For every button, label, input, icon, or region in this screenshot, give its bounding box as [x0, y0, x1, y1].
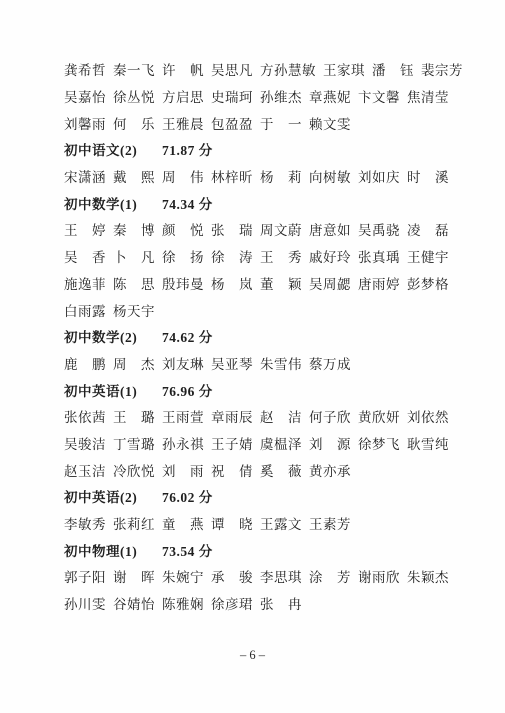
- person-name: 吴周勰: [309, 273, 351, 293]
- section-title: 初中数学(1): [64, 193, 162, 213]
- person-name: 谭 晓: [211, 513, 253, 533]
- person-name: 赖文雯: [309, 113, 351, 133]
- section-title: 初中英语(1): [64, 380, 162, 400]
- person-name: 刘依然: [407, 406, 449, 426]
- person-name: 吴骏洁: [64, 433, 106, 453]
- person-name: 何子欣: [309, 406, 351, 426]
- person-name: 王 婷: [64, 219, 106, 239]
- name-row: 白雨露杨天宇: [64, 296, 447, 323]
- name-row: 龚希哲秦一飞许 帆吴思凡方孙慧敏王家琪潘 钰裴宗芳: [64, 56, 447, 83]
- section-title: 初中数学(2): [64, 326, 162, 346]
- person-name: 章雨辰: [211, 406, 253, 426]
- person-name: 冷欣悦: [113, 460, 155, 480]
- person-name: 张莉红: [113, 513, 155, 533]
- person-name: 谢 晖: [113, 566, 155, 586]
- person-name: 刘馨雨: [64, 113, 106, 133]
- person-name: 颜 悦: [162, 219, 204, 239]
- section-header: 初中英语(1)76.96 分: [64, 376, 447, 403]
- person-name: 周 伟: [162, 166, 204, 186]
- person-name: 刘 雨: [162, 460, 204, 480]
- person-name: 张 冉: [260, 593, 302, 613]
- person-name: 方孙慧敏: [260, 59, 316, 79]
- name-row: 吴嘉怡徐丛悦方启思史瑞珂孙维杰章燕妮卞文馨焦清莹: [64, 83, 447, 110]
- person-name: 赵 洁: [260, 406, 302, 426]
- person-name: 孙川雯: [64, 593, 106, 613]
- person-name: 徐 涛: [211, 246, 253, 266]
- person-name: 鹿 鹏: [64, 353, 106, 373]
- section-average-score: 76.96 分: [162, 380, 213, 400]
- person-name: 陈 思: [113, 273, 155, 293]
- person-name: 涂 芳: [309, 566, 351, 586]
- person-name: 黄欣妍: [358, 406, 400, 426]
- person-name: 徐丛悦: [113, 86, 155, 106]
- person-name: 何 乐: [113, 113, 155, 133]
- person-name: 吴禹骁: [358, 219, 400, 239]
- person-name: 于 一: [260, 113, 302, 133]
- name-row: 李敏秀张莉红童 燕谭 晓王露文王素芳: [64, 510, 447, 537]
- person-name: 李敏秀: [64, 513, 106, 533]
- person-name: 卜 凡: [113, 246, 155, 266]
- person-name: 谢雨欣: [358, 566, 400, 586]
- person-name: 孙永祺: [162, 433, 204, 453]
- section-header: 初中数学(2)74.62 分: [64, 323, 447, 350]
- person-name: 王 璐: [113, 406, 155, 426]
- name-row: 张依茜王 璐王雨萱章雨辰赵 洁何子欣黄欣妍刘依然: [64, 403, 447, 430]
- person-name: 郭子阳: [64, 566, 106, 586]
- person-name: 龚希哲: [64, 59, 106, 79]
- person-name: 周 杰: [113, 353, 155, 373]
- person-name: 许 帆: [162, 59, 204, 79]
- person-name: 殷玮曼: [162, 273, 204, 293]
- person-name: 朱婉宁: [162, 566, 204, 586]
- section-average-score: 74.34 分: [162, 193, 213, 213]
- person-name: 刘友琳: [162, 353, 204, 373]
- section-header: 初中语文(2)71.87 分: [64, 136, 447, 163]
- page-number: – 6 –: [0, 648, 505, 663]
- person-name: 陈雅娴: [162, 593, 204, 613]
- person-name: 王雨萱: [162, 406, 204, 426]
- person-name: 吴 香: [64, 246, 106, 266]
- person-name: 杨 岚: [211, 273, 253, 293]
- person-name: 刘如庆: [358, 166, 400, 186]
- document-page: 龚希哲秦一飞许 帆吴思凡方孙慧敏王家琪潘 钰裴宗芳吴嘉怡徐丛悦方启思史瑞珂孙维杰…: [0, 0, 505, 713]
- person-name: 章燕妮: [309, 86, 351, 106]
- person-name: 徐梦飞: [358, 433, 400, 453]
- person-name: 童 燕: [162, 513, 204, 533]
- person-name: 秦 博: [113, 219, 155, 239]
- section-header: 初中物理(1)73.54 分: [64, 536, 447, 563]
- person-name: 杨 莉: [260, 166, 302, 186]
- name-row: 郭子阳谢 晖朱婉宁承 骏李思琪涂 芳谢雨欣朱颖杰: [64, 563, 447, 590]
- name-row: 鹿 鹏周 杰刘友琳吴亚琴朱雪伟蔡万成: [64, 350, 447, 377]
- person-name: 丁雪璐: [113, 433, 155, 453]
- person-name: 王素芳: [309, 513, 351, 533]
- person-name: 孙维杰: [260, 86, 302, 106]
- section-average-score: 71.87 分: [162, 139, 213, 159]
- person-name: 黄亦承: [309, 460, 351, 480]
- person-name: 杨天宇: [113, 300, 155, 320]
- person-name: 秦一飞: [113, 59, 155, 79]
- person-name: 白雨露: [64, 300, 106, 320]
- section-header: 初中数学(1)74.34 分: [64, 189, 447, 216]
- person-name: 徐 扬: [162, 246, 204, 266]
- person-name: 虞榅泽: [260, 433, 302, 453]
- person-name: 奚 薇: [260, 460, 302, 480]
- person-name: 祝 倩: [211, 460, 253, 480]
- person-name: 张真瑀: [358, 246, 400, 266]
- person-name: 施逸菲: [64, 273, 106, 293]
- person-name: 赵玉洁: [64, 460, 106, 480]
- person-name: 向树敏: [309, 166, 351, 186]
- person-name: 朱颖杰: [407, 566, 449, 586]
- person-name: 潘 钰: [372, 59, 414, 79]
- person-name: 王健宇: [407, 246, 449, 266]
- page-content: 龚希哲秦一飞许 帆吴思凡方孙慧敏王家琪潘 钰裴宗芳吴嘉怡徐丛悦方启思史瑞珂孙维杰…: [64, 56, 447, 616]
- section-title: 初中语文(2): [64, 139, 162, 159]
- person-name: 张 瑞: [211, 219, 253, 239]
- person-name: 唐意如: [309, 219, 351, 239]
- person-name: 焦清莹: [407, 86, 449, 106]
- person-name: 吴嘉怡: [64, 86, 106, 106]
- person-name: 吴亚琴: [211, 353, 253, 373]
- name-row: 宋潇涵戴 熙周 伟林梓昕杨 莉向树敏刘如庆时 溪: [64, 163, 447, 190]
- person-name: 时 溪: [407, 166, 449, 186]
- person-name: 宋潇涵: [64, 166, 106, 186]
- person-name: 唐雨婷: [358, 273, 400, 293]
- person-name: 卞文馨: [358, 86, 400, 106]
- person-name: 裴宗芳: [421, 59, 463, 79]
- person-name: 张依茜: [64, 406, 106, 426]
- person-name: 王 秀: [260, 246, 302, 266]
- person-name: 吴思凡: [211, 59, 253, 79]
- person-name: 戴 熙: [113, 166, 155, 186]
- person-name: 王家琪: [323, 59, 365, 79]
- section-average-score: 73.54 分: [162, 540, 213, 560]
- person-name: 王子婧: [211, 433, 253, 453]
- person-name: 凌 磊: [407, 219, 449, 239]
- person-name: 蔡万成: [309, 353, 351, 373]
- section-title: 初中物理(1): [64, 540, 162, 560]
- person-name: 刘 源: [309, 433, 351, 453]
- section-title: 初中英语(2): [64, 486, 162, 506]
- name-row: 刘馨雨何 乐王雅晨包盈盈于 一赖文雯: [64, 109, 447, 136]
- section-average-score: 76.02 分: [162, 486, 213, 506]
- person-name: 王雅晨: [162, 113, 204, 133]
- name-row: 吴 香卜 凡徐 扬徐 涛王 秀戚好玲张真瑀王健宇: [64, 243, 447, 270]
- name-row: 王 婷秦 博颜 悦张 瑞周文蔚唐意如吴禹骁凌 磊: [64, 216, 447, 243]
- person-name: 朱雪伟: [260, 353, 302, 373]
- person-name: 承 骏: [211, 566, 253, 586]
- section-average-score: 74.62 分: [162, 326, 213, 346]
- person-name: 史瑞珂: [211, 86, 253, 106]
- section-header: 初中英语(2)76.02 分: [64, 483, 447, 510]
- person-name: 方启思: [162, 86, 204, 106]
- person-name: 董 颖: [260, 273, 302, 293]
- person-name: 王露文: [260, 513, 302, 533]
- name-row: 施逸菲陈 思殷玮曼杨 岚董 颖吴周勰唐雨婷彭梦格: [64, 270, 447, 297]
- person-name: 包盈盈: [211, 113, 253, 133]
- person-name: 谷婧怡: [113, 593, 155, 613]
- person-name: 李思琪: [260, 566, 302, 586]
- person-name: 林梓昕: [211, 166, 253, 186]
- person-name: 徐彦珺: [211, 593, 253, 613]
- name-row: 赵玉洁冷欣悦刘 雨祝 倩奚 薇黄亦承: [64, 456, 447, 483]
- person-name: 戚好玲: [309, 246, 351, 266]
- name-row: 吴骏洁丁雪璐孙永祺王子婧虞榅泽刘 源徐梦飞耿雪纯: [64, 430, 447, 457]
- name-row: 孙川雯谷婧怡陈雅娴徐彦珺张 冉: [64, 590, 447, 617]
- person-name: 周文蔚: [260, 219, 302, 239]
- person-name: 彭梦格: [407, 273, 449, 293]
- person-name: 耿雪纯: [407, 433, 449, 453]
